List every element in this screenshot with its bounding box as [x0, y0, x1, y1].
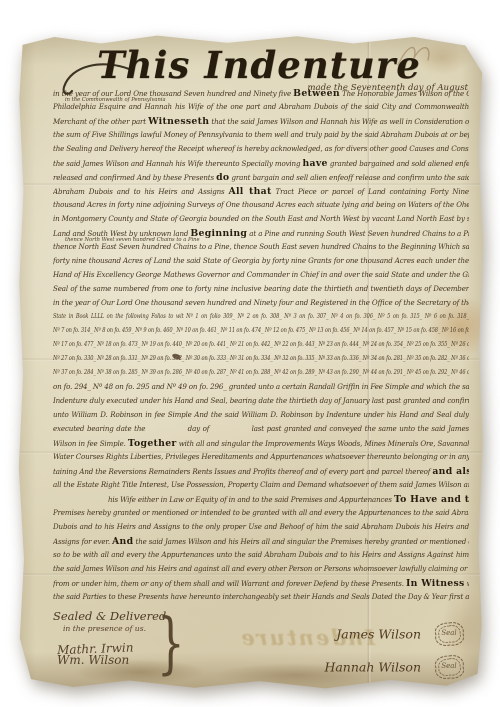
emphasized-word: Between [293, 88, 340, 99]
manuscript-line: the said James Wilson and his Heirs and … [53, 564, 469, 578]
script-text: in Montgomery County and State of Georgi… [53, 214, 469, 223]
script-text: at a Pine and running South West Seven h… [247, 229, 469, 238]
manuscript-line: in the year of Our Lord One thousand sev… [53, 298, 469, 312]
interlineation-note: thence North West seven hundred Chains t… [65, 238, 200, 243]
script-text: the said James Wilson and his Heirs and … [53, 564, 469, 573]
manuscript-line: Nº 17 on fo. 477_ Nº 18 on fo. 473_ Nº 1… [53, 340, 469, 354]
signatory-name: James Wilson [336, 627, 421, 642]
script-text: State in Book LLLL on the following Foli… [53, 312, 469, 320]
signature-row: James WilsonSeal [324, 621, 467, 647]
manuscript-line: in the Commonwealth of PennsylvaniaPhila… [53, 102, 469, 116]
interlineation-note: in the Commonwealth of Pennsylvania [65, 98, 166, 103]
script-text: forty nine thousand Acres of Land the sa… [53, 256, 469, 265]
emphasized-word: and also [432, 466, 469, 477]
script-text: that the said James Wilson and Hannah hi… [209, 117, 469, 126]
emphasized-word: To Have and to hold [394, 494, 469, 505]
script-text: the Sealing and Delivery hereof the Rece… [53, 144, 469, 153]
manuscript-line: Dubois and to his Heirs and Assigns to t… [53, 522, 469, 536]
script-text: from or under him, them or any of them s… [53, 579, 406, 588]
script-text: Water Courses Rights Liberties, Privileg… [53, 452, 469, 461]
script-text: Indenture duly executed under his Hand a… [53, 396, 469, 405]
script-text: his Wife either in Law or Equity of in a… [108, 495, 394, 504]
script-text: thousand Acres in forty nine adjoining S… [53, 200, 469, 209]
manuscript-line: Water Courses Rights Liberties, Privileg… [53, 452, 469, 466]
aged-paper-sheet: This Indenture made the Seventeenth day … [17, 33, 484, 691]
manuscript-line: thousand Acres in forty nine adjoining S… [53, 200, 469, 214]
document-heading: This Indenture made the Seventeenth day … [67, 41, 468, 93]
script-text: executed bearing date the day of last pa… [53, 424, 469, 433]
script-text: Abraham Dubois and to his Heirs and Assi… [53, 187, 228, 196]
document-footer: Indenture Sealed & Delivered in the pres… [53, 609, 469, 689]
script-text: in the year of Our Lord One thousand sev… [53, 298, 469, 307]
manuscript-line: Seal of the same numbered from one to fo… [53, 284, 469, 298]
wax-seal-flourish: Seal [431, 654, 467, 680]
signatory-name: Hannah Wilson [324, 660, 421, 675]
script-text: Philadelphia Esquire and Hannah his Wife… [53, 102, 469, 111]
script-text: taining And the Reversions Remainders Re… [53, 467, 432, 476]
indenture-document: This Indenture made the Seventeenth day … [17, 33, 484, 691]
script-text: whereof [465, 579, 469, 588]
faint-pen-flourish [394, 41, 440, 67]
manuscript-line: Abraham Dubois and to his Heirs and Assi… [53, 186, 469, 200]
script-text: Assigns for ever. [53, 537, 112, 546]
manuscript-line: unto William D. Robinson in fee Simple A… [53, 410, 469, 424]
emphasized-word: do [216, 172, 229, 183]
script-text: Nº 17 on fo. 477_ Nº 18 on fo. 473_ Nº 1… [53, 340, 469, 348]
manuscript-line: his Wife either in Law or Equity of in a… [53, 494, 469, 508]
manuscript-line: Indenture duly executed under his Hand a… [53, 396, 469, 410]
manuscript-line: the said Parties to these Presents have … [53, 592, 469, 606]
script-text: Nº 7 on fo. 314_ Nº 8 on fo. 459_ Nº 9 o… [53, 326, 469, 334]
emphasized-word: Together [128, 438, 177, 449]
manuscript-line: so to be with all and every the Appurten… [53, 550, 469, 564]
manuscript-line: thence North West seven hundred Chains t… [53, 242, 469, 256]
signature-row: Hannah WilsonSeal [324, 654, 467, 680]
emphasized-word: In Witness [406, 578, 465, 589]
manuscript-line: Assigns for ever. And the said James Wil… [53, 536, 469, 550]
manuscript-line: Nº 37 on fo. 284_ Nº 38 on fo. 285_ Nº 3… [53, 368, 469, 382]
script-text: thence North East Seven hundred Chains t… [53, 242, 469, 251]
script-text: the said James Wilson and his Heirs all … [133, 537, 469, 546]
manuscript-line: executed bearing date the day of last pa… [53, 424, 469, 438]
script-text: Nº 37 on fo. 284_ Nº 38 on fo. 285_ Nº 3… [53, 368, 469, 376]
manuscript-line: Merchant of the other part Witnesseth th… [53, 116, 469, 130]
manuscript-line: Premises hereby granted or mentioned or … [53, 508, 469, 522]
script-text: The Honorable James Wilson of the City o… [340, 89, 469, 98]
emphasized-word: And [112, 536, 133, 547]
script-text: the said James Wilson and Hannah his Wif… [53, 159, 302, 168]
signature-block: James WilsonSealHannah WilsonSeal [324, 621, 467, 687]
manuscript-line: the sum of Five Shillings lawful Money o… [53, 130, 469, 144]
manuscript-line: the Sealing and Delivery hereof the Rece… [53, 144, 469, 158]
script-text: unto William D. Robinson in fee Simple A… [53, 410, 469, 419]
emphasized-word: Witnesseth [148, 116, 209, 127]
manuscript-line: State in Book LLLL on the following Foli… [53, 312, 469, 326]
script-text: Hand of His Excellency George Mathews Go… [53, 270, 469, 279]
script-text: granted bargained and sold aliened enfeo… [328, 159, 469, 168]
script-text: Wilson in fee Simple. [53, 439, 128, 448]
script-text: released and confirmed And by these Pres… [53, 173, 216, 182]
manuscript-line: from or under him, them or any of them s… [53, 578, 469, 592]
witness-brace: } [157, 607, 185, 678]
script-text: Merchant of the other part [53, 117, 148, 126]
document-body: in the year of our Lord One thousand Sev… [53, 88, 469, 607]
emphasized-word: All that [228, 186, 271, 197]
script-text: Tract Piece or parcel of Land containing… [272, 187, 469, 196]
script-text: Seal of the same numbered from one to fo… [53, 284, 469, 293]
script-text: Premises hereby granted or mentioned or … [53, 508, 469, 517]
manuscript-line: Nº 27 on fo. 330_ Nº 28 on fo. 331_ Nº 2… [53, 354, 469, 368]
manuscript-line: forty nine thousand Acres of Land the sa… [53, 256, 469, 270]
manuscript-line: in Montgomery County and State of Georgi… [53, 214, 469, 228]
manuscript-line: released and confirmed And by these Pres… [53, 172, 469, 186]
script-text: grant bargain and sell alien enfeoff rel… [229, 173, 469, 182]
wax-seal-flourish: Seal [431, 621, 467, 647]
script-text: the said Parties to these Presents have … [53, 592, 469, 601]
manuscript-line: on fo. 294_ Nº 48 on fo. 295 and Nº 49 o… [53, 382, 469, 396]
script-text: all the Estate Right Title Interest, Use… [53, 480, 469, 489]
document-title: This Indenture [97, 43, 421, 87]
manuscript-line: taining And the Reversions Remainders Re… [53, 466, 469, 480]
script-text: Dubois and to his Heirs and Assigns to t… [53, 522, 469, 531]
emphasized-word: have [302, 158, 327, 169]
manuscript-line: Wilson in fee Simple. Together with all … [53, 438, 469, 452]
manuscript-line: all the Estate Right Title Interest, Use… [53, 480, 469, 494]
script-text: on fo. 294_ Nº 48 on fo. 295 and Nº 49 o… [53, 382, 469, 391]
manuscript-line: Nº 7 on fo. 314_ Nº 8 on fo. 459_ Nº 9 o… [53, 326, 469, 340]
manuscript-line: Hand of His Excellency George Mathews Go… [53, 270, 469, 284]
script-text: with all and singular the Improvements W… [177, 439, 469, 448]
script-text: Nº 27 on fo. 330_ Nº 28 on fo. 331_ Nº 2… [53, 354, 469, 362]
manuscript-line: the said James Wilson and Hannah his Wif… [53, 158, 469, 172]
script-text: the sum of Five Shillings lawful Money o… [53, 130, 469, 139]
script-text: so to be with all and every the Appurten… [53, 550, 469, 559]
